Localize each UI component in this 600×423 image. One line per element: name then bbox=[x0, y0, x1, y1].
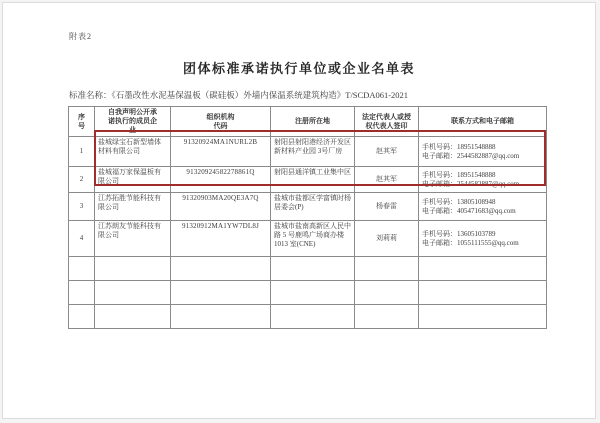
empty-table-row bbox=[69, 305, 547, 329]
email-line: 电子邮箱：2544582887@qq.com bbox=[422, 180, 543, 189]
header-org-code: 组织机构 代码 bbox=[171, 107, 271, 137]
contact-cell: 手机号码：18951548888 电子邮箱：2544582887@qq.com bbox=[419, 137, 547, 167]
email-line: 电子邮箱：2544582887@qq.com bbox=[422, 152, 543, 161]
representative-name: 刘莉莉 bbox=[355, 221, 419, 257]
table-row: 1 盐城绿宝石新型墙体材料有限公司 91320924MA1NURL2B 射阳县射… bbox=[69, 137, 547, 167]
annex-label: 附表2 bbox=[69, 31, 92, 42]
org-code: 91320924MA1NURL2B bbox=[171, 137, 271, 167]
email-line: 电子邮箱：1055111555@qq.com bbox=[422, 239, 543, 248]
phone-line: 手机号码：13605103789 bbox=[422, 230, 543, 239]
representative-name: 赵其军 bbox=[355, 167, 419, 193]
row-number: 2 bbox=[69, 167, 95, 193]
phone-line: 手机号码：13805108948 bbox=[422, 198, 543, 207]
contact-cell: 手机号码：13805108948 电子邮箱：405471683@qq.com bbox=[419, 193, 547, 221]
table-row: 2 盐城福万家保温板有限公司 91320924582278861Q 射阳县通洋镇… bbox=[69, 167, 547, 193]
row-number: 4 bbox=[69, 221, 95, 257]
row-number: 3 bbox=[69, 193, 95, 221]
phone-line: 手机号码：18951548888 bbox=[422, 171, 543, 180]
representative-name: 杨春雷 bbox=[355, 193, 419, 221]
registered-address: 盐城市盐南高新区人民中路 5 号鹿鸣广场商办楼 1013 室(CNE) bbox=[271, 221, 355, 257]
registered-address: 射阳县射阳港经济开发区新材料产业园 3号厂房 bbox=[271, 137, 355, 167]
header-representative: 法定代表人或授 权代表人签印 bbox=[355, 107, 419, 137]
companies-table: 序 号 自我声明公开承 诺执行的成员企 业 组织机构 代码 注册所在地 法定代表… bbox=[68, 106, 546, 329]
standard-name: 标准名称：《石墨改性水泥基保温板（碳硅板）外墙内保温系统建筑构造》T/SCDA0… bbox=[69, 89, 549, 101]
page-title: 团体标准承诺执行单位或企业名单表 bbox=[3, 58, 595, 77]
document-page: 附表2 团体标准承诺执行单位或企业名单表 标准名称：《石墨改性水泥基保温板（碳硅… bbox=[2, 2, 596, 419]
company-name: 江苏朗友节能科技有限公司 bbox=[95, 221, 171, 257]
registered-address: 盐城市盐都区学富镇时杨居委会(P) bbox=[271, 193, 355, 221]
email-line: 电子邮箱：405471683@qq.com bbox=[422, 207, 543, 216]
table-row: 3 江苏拓胜节能科技有限公司 91320903MA20QE3A7Q 盐城市盐都区… bbox=[69, 193, 547, 221]
company-name: 江苏拓胜节能科技有限公司 bbox=[95, 193, 171, 221]
row-number: 1 bbox=[69, 137, 95, 167]
table-header-row: 序 号 自我声明公开承 诺执行的成员企 业 组织机构 代码 注册所在地 法定代表… bbox=[69, 107, 547, 137]
contact-cell: 手机号码：13605103789 电子邮箱：1055111555@qq.com bbox=[419, 221, 547, 257]
company-name: 盐城绿宝石新型墙体材料有限公司 bbox=[95, 137, 171, 167]
org-code: 91320903MA20QE3A7Q bbox=[171, 193, 271, 221]
header-address: 注册所在地 bbox=[271, 107, 355, 137]
empty-table-row bbox=[69, 281, 547, 305]
table-row: 4 江苏朗友节能科技有限公司 91320912MA1YW7DL8J 盐城市盐南高… bbox=[69, 221, 547, 257]
header-seq: 序 号 bbox=[69, 107, 95, 137]
registered-address: 射阳县通洋镇工业集中区 bbox=[271, 167, 355, 193]
contact-cell: 手机号码：18951548888 电子邮箱：2544582887@qq.com bbox=[419, 167, 547, 193]
representative-name: 赵其军 bbox=[355, 137, 419, 167]
empty-table-row bbox=[69, 257, 547, 281]
org-code: 91320924582278861Q bbox=[171, 167, 271, 193]
company-name: 盐城福万家保温板有限公司 bbox=[95, 167, 171, 193]
header-company: 自我声明公开承 诺执行的成员企 业 bbox=[95, 107, 171, 137]
org-code: 91320912MA1YW7DL8J bbox=[171, 221, 271, 257]
companies-table-grid: 序 号 自我声明公开承 诺执行的成员企 业 组织机构 代码 注册所在地 法定代表… bbox=[68, 106, 547, 329]
header-contact: 联系方式和电子邮箱 bbox=[419, 107, 547, 137]
phone-line: 手机号码：18951548888 bbox=[422, 143, 543, 152]
